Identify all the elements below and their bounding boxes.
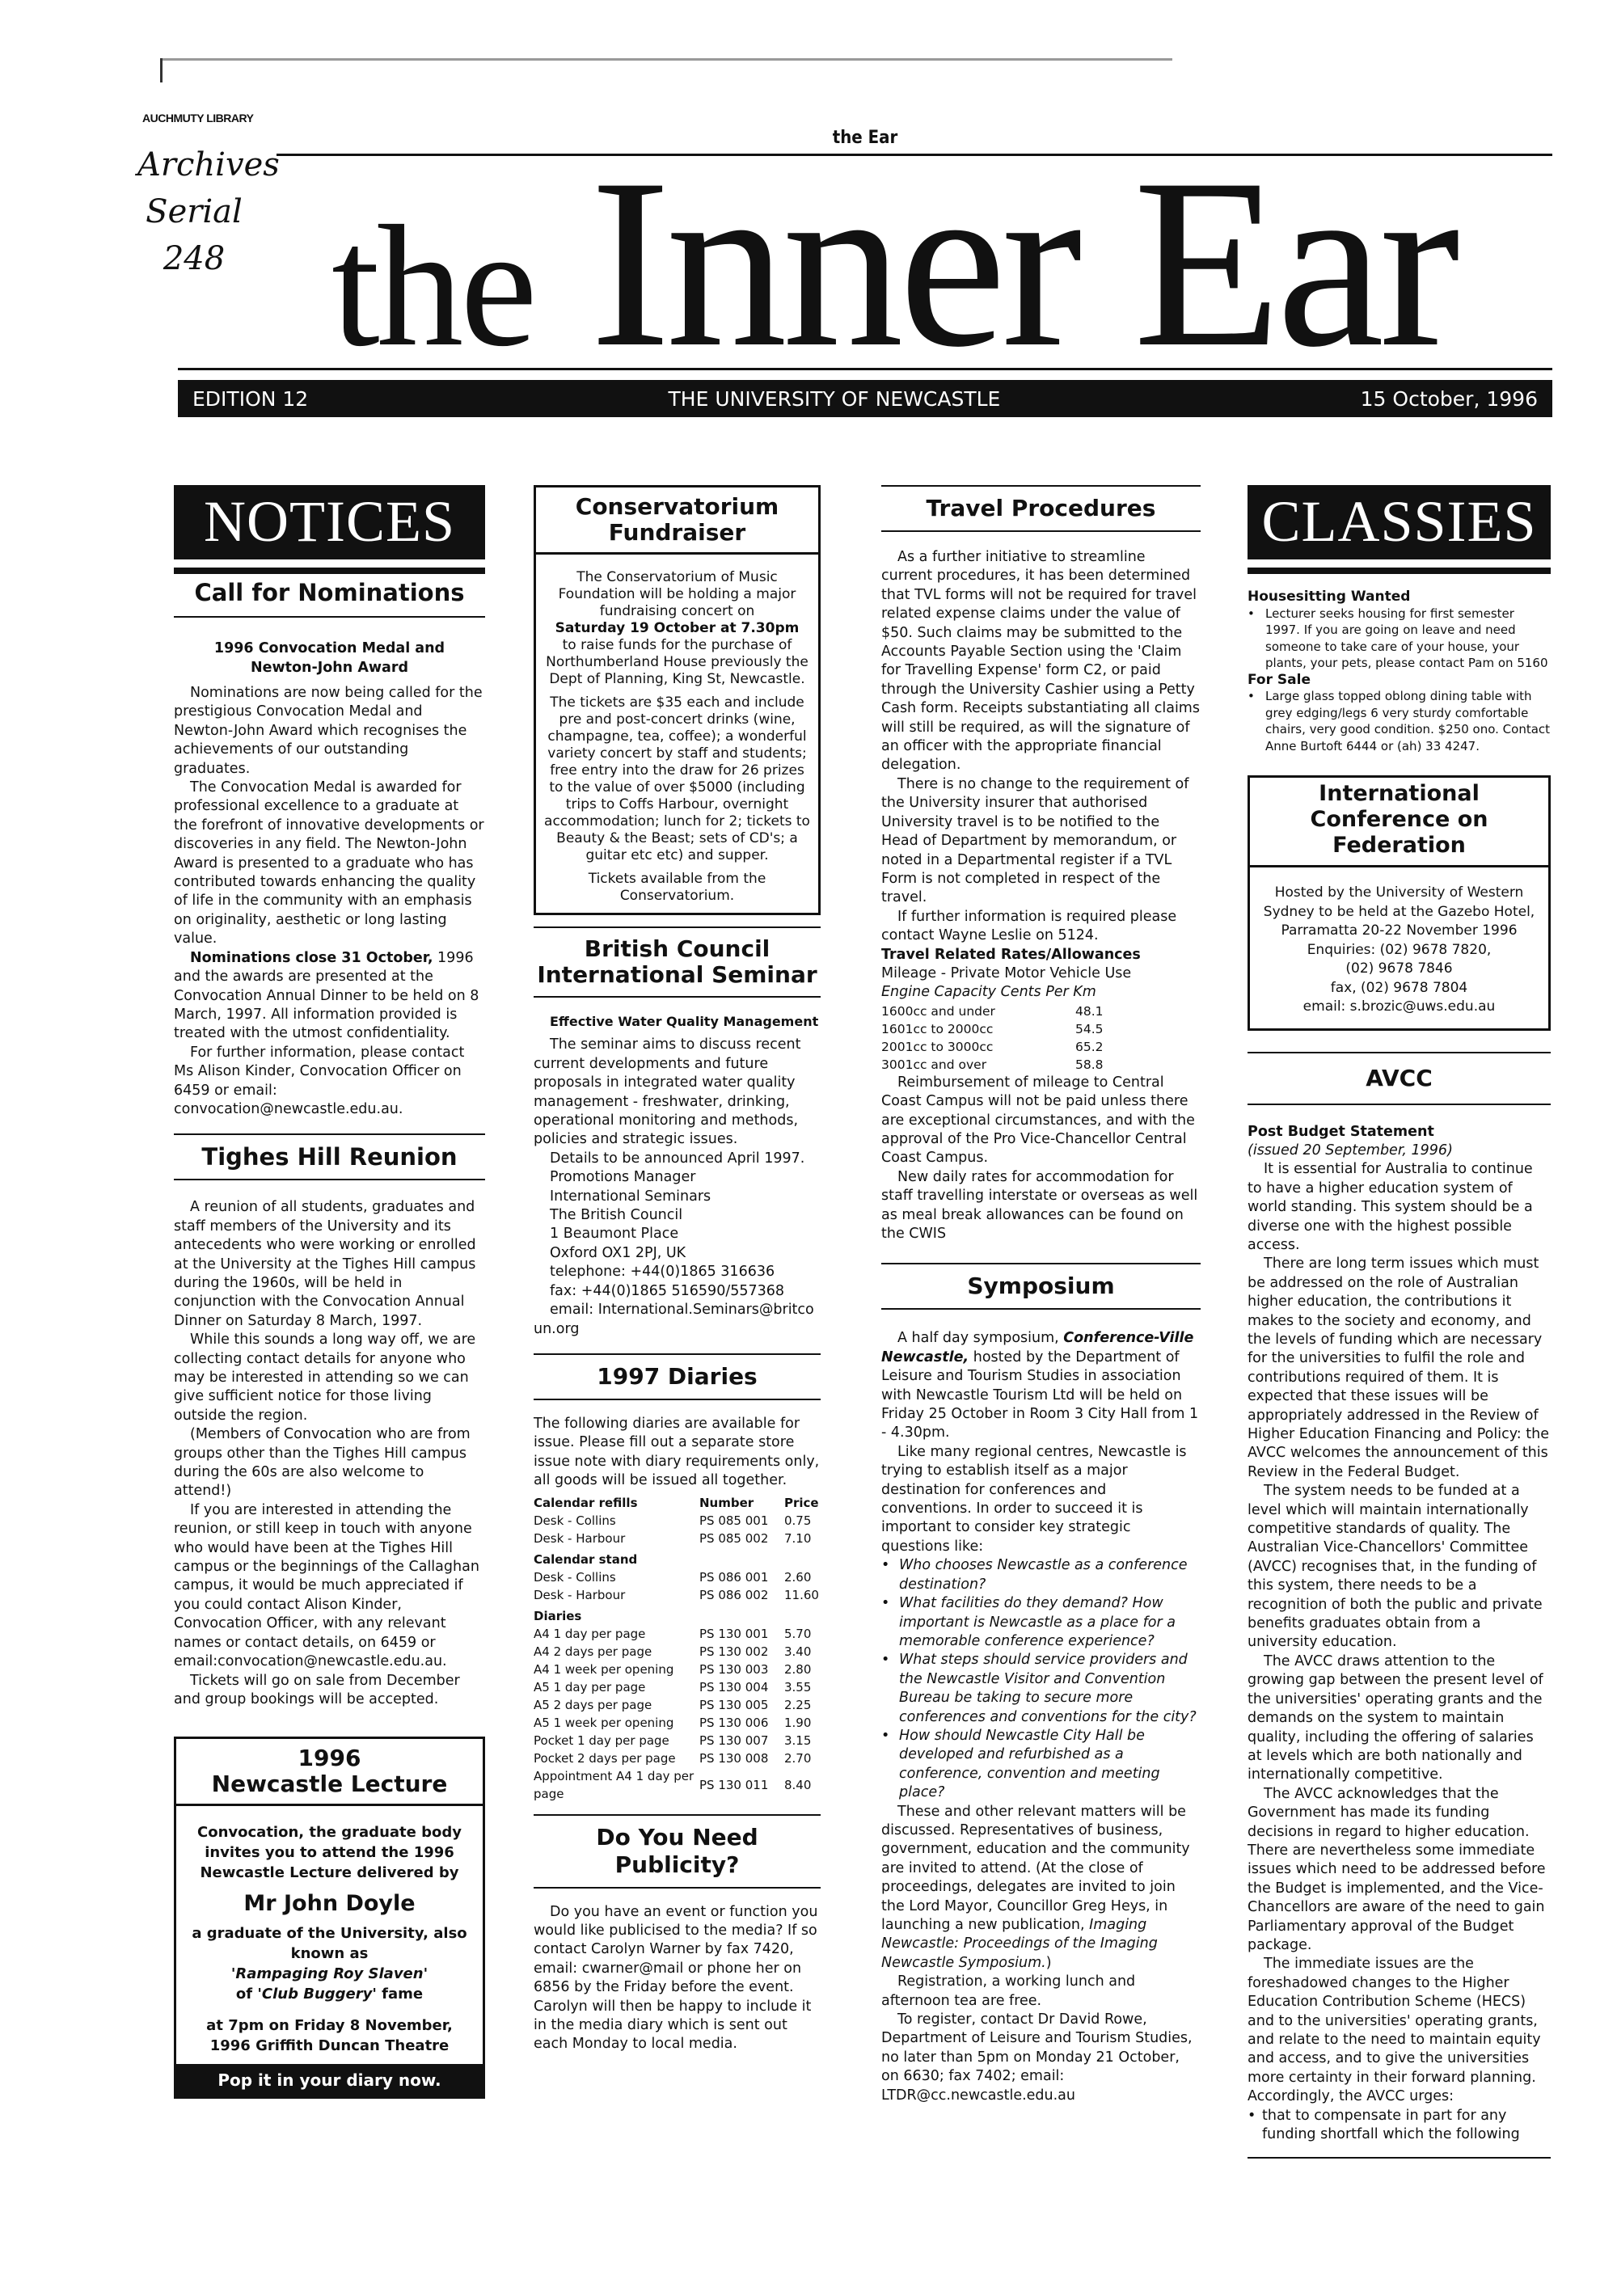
scan-edge-line [162, 58, 1172, 61]
edition-number: EDITION 12 [192, 387, 308, 411]
table-row: 2001cc to 3000cc65.2 [881, 1038, 1201, 1056]
address-line: Details to be announced April 1997. [534, 1150, 821, 1168]
engine-capacity: 1601cc to 2000cc [881, 1020, 1075, 1038]
bullet-icon: • [881, 1594, 899, 1651]
question-item: •What facilities do they demand? How imp… [881, 1594, 1201, 1651]
federation-box: International Conference on Federation H… [1248, 775, 1551, 1031]
item-name: Desk - Harbour [534, 1586, 699, 1604]
avcc-urges: Accordingly, the AVCC urges: [1248, 2087, 1551, 2106]
lecture-speaker: Mr John Doyle [184, 1888, 475, 1920]
lecture-title-name: Newcastle Lecture [179, 1771, 479, 1797]
table-row: Pocket 1 day per pagePS 130 0073.15 [534, 1732, 821, 1749]
question-text: Who chooses Newcastle as a conference de… [899, 1556, 1201, 1594]
federation-line: (02) 9678 7846 [1260, 960, 1539, 979]
lecture-box: 1996 Newcastle Lecture Convocation, the … [174, 1737, 485, 2099]
group-name: Diaries [534, 1604, 821, 1625]
item-name: Pocket 1 day per page [534, 1732, 699, 1749]
handwritten-line: Archives [137, 141, 251, 188]
item-name: A4 2 days per page [534, 1643, 699, 1661]
article-paragraph: As a further initiative to streamline cu… [881, 548, 1201, 775]
item-number: PS 130 005 [699, 1696, 784, 1714]
cents-per-km: 58.8 [1075, 1056, 1201, 1074]
header-rule-bottom [178, 368, 1552, 370]
engine-capacity: 2001cc to 3000cc [881, 1038, 1075, 1056]
article-paragraph: The AVCC draws attention to the growing … [1248, 1652, 1551, 1785]
article-paragraph: A reunion of all students, graduates and… [174, 1198, 485, 1331]
question-item: •What steps should service providers and… [881, 1651, 1201, 1727]
question-text: How should Newcastle City Hall be develo… [899, 1727, 1201, 1803]
bullet-icon: • [881, 1651, 899, 1727]
table-row: 1600cc and under48.1 [881, 1002, 1201, 1020]
lecture-desc: a graduate of the University, also known… [184, 1923, 475, 1964]
table-row: Desk - CollinsPS 086 0012.60 [534, 1568, 821, 1586]
article-paragraph: (Members of Convocation who are from gro… [174, 1425, 485, 1501]
cents-per-km: 65.2 [1075, 1038, 1201, 1056]
group-name: Calendar stand [534, 1547, 821, 1568]
article-paragraph: If you are interested in attending the r… [174, 1501, 485, 1672]
article-paragraph: Nominations close 31 October, 1996 and t… [174, 949, 485, 1044]
column-end-rule [1248, 2157, 1551, 2159]
item-price: 0.75 [784, 1512, 821, 1530]
article-paragraph: There is no change to the requirement of… [881, 775, 1201, 908]
table-row: A4 1 week per openingPS 130 0032.80 [534, 1661, 821, 1678]
bullet-icon: • [881, 1556, 899, 1594]
mileage-rates-table: 1600cc and under48.1 1601cc to 2000cc54.… [881, 1002, 1201, 1074]
table-group-row: Calendar stand [534, 1547, 821, 1568]
avcc-issued-date: (issued 20 September, 1996) [1248, 1142, 1551, 1160]
item-price: 2.60 [784, 1568, 821, 1586]
lecture-body: Convocation, the graduate body invites y… [176, 1806, 483, 2064]
table-header-row: Calendar refills Number Price [534, 1491, 821, 1512]
engine-capacity: 1600cc and under [881, 1002, 1075, 1020]
table-row: Appointment A4 1 day per pagePS 130 0118… [534, 1767, 821, 1803]
section-title-avcc: AVCC [1248, 1053, 1551, 1104]
federation-line: Hosted by the University of Western Sydn… [1260, 884, 1539, 941]
article-paragraph: New daily rates for accommodation for st… [881, 1168, 1201, 1244]
item-number: PS 130 008 [699, 1749, 784, 1767]
conservatorium-title: Conservatorium Fundraiser [536, 487, 818, 555]
item-name: A4 1 week per opening [534, 1661, 699, 1678]
item-number: PS 130 011 [699, 1767, 784, 1803]
table-row: Desk - HarbourPS 085 0027.10 [534, 1530, 821, 1547]
lecture-alias: 'Rampaging Roy Slaven' [184, 1964, 475, 1984]
item-name: A5 1 week per opening [534, 1714, 699, 1732]
section-title-diaries: 1997 Diaries [534, 1355, 821, 1399]
rates-heading: Travel Related Rates/Allowances [881, 946, 1201, 964]
text: fame [377, 1986, 423, 2003]
article-paragraph: While this sounds a long way off, we are… [174, 1331, 485, 1425]
article-paragraph: Do you have an event or function you wou… [534, 1903, 821, 2054]
nominations-subtitle: Newton-John Award [174, 658, 485, 677]
conservatorium-p2: The tickets are $35 each and include pre… [544, 694, 810, 864]
lecture-intro: Convocation, the graduate body invites y… [184, 1822, 475, 1883]
address-line: fax: +44(0)1865 516590/557368 [534, 1282, 821, 1301]
item-price: 5.70 [784, 1625, 821, 1643]
col-header-price: Price [784, 1491, 821, 1512]
contact-address: Details to be announced April 1997. Prom… [534, 1150, 821, 1339]
classies-banner: CLASSIES [1248, 485, 1551, 559]
address-line: Oxford OX1 2PJ, UK [534, 1244, 821, 1263]
masthead-the: the [331, 189, 534, 382]
edition-bar: EDITION 12 THE UNIVERSITY OF NEWCASTLE 1… [178, 380, 1552, 417]
column-travel-symposium: Travel Procedures As a further initiativ… [881, 485, 1201, 2105]
article-paragraph: A half day symposium, Conference-Ville N… [881, 1329, 1201, 1442]
handwritten-line: Serial [137, 188, 251, 235]
address-line: 1 Beaumont Place [534, 1225, 821, 1243]
question-text: What facilities do they demand? How impo… [899, 1594, 1201, 1651]
article-paragraph: Reimbursement of mileage to Central Coas… [881, 1074, 1201, 1168]
issue-date: 15 October, 1996 [1361, 387, 1538, 411]
item-number: PS 085 001 [699, 1512, 784, 1530]
text: A half day symposium, [897, 1330, 1063, 1346]
bullet-icon: • [1248, 688, 1265, 754]
article-paragraph: It is essential for Australia to continu… [1248, 1160, 1551, 1255]
article-paragraph: If further information is required pleas… [881, 908, 1201, 946]
text: These and other relevant matters will be… [881, 1804, 1190, 1933]
item-name: A4 1 day per page [534, 1625, 699, 1643]
table-row: A4 2 days per pagePS 130 0023.40 [534, 1643, 821, 1661]
table-row: Desk - CollinsPS 085 0010.75 [534, 1512, 821, 1530]
article-paragraph: Nominations are now being called for the… [174, 684, 485, 779]
federation-line: fax, (02) 9678 7804 [1260, 979, 1539, 998]
article-paragraph: The system needs to be funded at a level… [1248, 1482, 1551, 1652]
item-name: Desk - Collins [534, 1512, 699, 1530]
item-price: 2.70 [784, 1749, 821, 1767]
item-number: PS 130 002 [699, 1643, 784, 1661]
item-name: Appointment A4 1 day per page [534, 1767, 699, 1803]
article-paragraph: Registration, a working lunch and aftern… [881, 1973, 1201, 2011]
item-number: PS 086 001 [699, 1568, 784, 1586]
lecture-when: at 7pm on Friday 8 November, 1996 Griffi… [184, 2015, 475, 2056]
table-row: 1601cc to 2000cc54.5 [881, 1020, 1201, 1038]
item-price: 8.40 [784, 1767, 821, 1803]
federation-line: Enquiries: (02) 9678 7820, [1260, 941, 1539, 960]
item-price: 1.90 [784, 1714, 821, 1732]
address-line: email: International.Seminars@britcoun.o… [534, 1301, 821, 1339]
question-item: •Who chooses Newcastle as a conference d… [881, 1556, 1201, 1594]
article-paragraph: To register, contact Dr David Rowe, Depa… [881, 2011, 1201, 2105]
table-row: 3001cc and over58.8 [881, 1056, 1201, 1074]
question-item: •How should Newcastle City Hall be devel… [881, 1727, 1201, 1803]
lecture-title-year: 1996 [179, 1745, 479, 1771]
classified-heading: For Sale [1248, 672, 1551, 689]
address-line: The British Council [534, 1206, 821, 1225]
item-name: A5 1 day per page [534, 1678, 699, 1696]
classified-text: Lecturer seeks housing for first semeste… [1265, 606, 1551, 672]
seminar-subtitle: Effective Water Quality Management [534, 1012, 821, 1031]
handwritten-line: 248 [137, 235, 251, 282]
item-number: PS 085 002 [699, 1530, 784, 1547]
item-name: Desk - Harbour [534, 1530, 699, 1547]
conservatorium-p1: The Conservatorium of Music Foundation w… [544, 569, 810, 620]
table-row: A5 1 week per openingPS 130 0061.90 [534, 1714, 821, 1732]
address-line: telephone: +44(0)1865 316636 [534, 1263, 821, 1281]
item-number: PS 130 001 [699, 1625, 784, 1643]
classifieds-list: Housesitting Wanted •Lecturer seeks hous… [1248, 589, 1551, 754]
article-paragraph: These and other relevant matters will be… [881, 1803, 1201, 1973]
column-classies: CLASSIES Housesitting Wanted •Lecturer s… [1248, 485, 1551, 2159]
question-text: What steps should service providers and … [899, 1651, 1201, 1727]
text: ) [1046, 1955, 1052, 1971]
classified-item: •Lecturer seeks housing for first semest… [1248, 606, 1551, 672]
lecture-footer: Pop it in your diary now. [176, 2064, 483, 2096]
article-paragraph: The Convocation Medal is awarded for pro… [174, 779, 485, 949]
article-paragraph: For further information, please contact … [174, 1044, 485, 1120]
show-name: 'Club Buggery' [257, 1986, 377, 2003]
item-price: 11.60 [784, 1586, 821, 1604]
bullet-icon: • [1248, 606, 1265, 672]
bullet-icon: • [1248, 2107, 1262, 2145]
column-events: Conservatorium Fundraiser The Conservato… [534, 485, 821, 2054]
diaries-table: Calendar refills Number Price Desk - Col… [534, 1491, 821, 1803]
conservatorium-body: The Conservatorium of Music Foundation w… [536, 555, 818, 913]
banner-rule [174, 568, 485, 574]
rates-table-header: Engine Capacity Cents Per Km [881, 983, 1201, 1002]
library-stamp: AUCHMUTY LIBRARY [142, 112, 253, 125]
article-paragraph: The immediate issues are the foreshadowe… [1248, 1955, 1551, 2087]
item-price: 3.40 [784, 1643, 821, 1661]
item-number: PS 130 004 [699, 1678, 784, 1696]
table-row: Desk - HarbourPS 086 00211.60 [534, 1586, 821, 1604]
item-price: 2.80 [784, 1661, 821, 1678]
classified-text: Large glass topped oblong dining table w… [1265, 688, 1551, 754]
handwritten-notes: Archives Serial 248 [137, 141, 251, 282]
address-line: International Seminars [534, 1188, 821, 1206]
table-row: Pocket 2 days per pagePS 130 0082.70 [534, 1749, 821, 1767]
scan-corner-mark [160, 58, 163, 82]
article-paragraph: Like many regional centres, Newcastle is… [881, 1443, 1201, 1556]
col-header-number: Number [699, 1491, 784, 1512]
section-title-symposium: Symposium [881, 1264, 1201, 1308]
item-number: PS 130 003 [699, 1661, 784, 1678]
article-paragraph: There are long term issues which must be… [1248, 1255, 1551, 1482]
concert-datetime: Saturday 19 October at 7.30pm [544, 620, 810, 637]
item-price: 7.10 [784, 1530, 821, 1547]
deadline-text: Nominations close 31 October, [190, 950, 433, 966]
section-title-tighes: Tighes Hill Reunion [174, 1135, 485, 1179]
item-number: PS 130 007 [699, 1732, 784, 1749]
engine-capacity: 3001cc and over [881, 1056, 1075, 1074]
article-paragraph: Tickets will go on sale from December an… [174, 1672, 485, 1710]
federation-title: International Conference on Federation [1250, 778, 1548, 867]
classified-item: •Large glass topped oblong dining table … [1248, 688, 1551, 754]
item-price: 3.55 [784, 1678, 821, 1696]
item-price: 2.25 [784, 1696, 821, 1714]
bullet-icon: • [881, 1727, 899, 1803]
text: of [236, 1986, 257, 2003]
item-price: 3.15 [784, 1732, 821, 1749]
bullet-text: that to compensate in part for any fundi… [1262, 2107, 1551, 2145]
conservatorium-p1-rest: to raise funds for the purchase of North… [544, 637, 810, 688]
col-header-item: Calendar refills [534, 1491, 699, 1512]
section-title-british-council: British Council International Seminar [534, 928, 821, 996]
section-title-nominations: Call for Nominations [174, 574, 485, 616]
item-name: A5 2 days per page [534, 1696, 699, 1714]
institution-name: THE UNIVERSITY OF NEWCASTLE [669, 387, 1001, 411]
item-number: PS 130 006 [699, 1714, 784, 1732]
avcc-subhead: Post Budget Statement [1248, 1123, 1551, 1142]
table-group-row: Diaries [534, 1604, 821, 1625]
diaries-intro: The following diaries are available for … [534, 1415, 821, 1491]
notices-banner: NOTICES [174, 485, 485, 559]
conservatorium-box: Conservatorium Fundraiser The Conservato… [534, 485, 821, 915]
section-title-travel: Travel Procedures [881, 487, 1201, 530]
lecture-show: of 'Club Buggery' fame [184, 1984, 475, 2004]
nominations-subtitle: 1996 Convocation Medal and [174, 639, 485, 658]
masthead-title: Inner Ear [590, 129, 1455, 397]
lecture-title: 1996 Newcastle Lecture [176, 1739, 483, 1806]
conservatorium-p3: Tickets available from the Conservatoriu… [544, 871, 810, 905]
item-name: Pocket 2 days per page [534, 1749, 699, 1767]
column-notices: NOTICES Call for Nominations 1996 Convoc… [174, 485, 485, 2099]
section-title-publicity: Do You Need Publicity? [534, 1816, 821, 1887]
mileage-line: Mileage - Private Motor Vehicle Use [881, 964, 1201, 983]
address-line: Promotions Manager [534, 1168, 821, 1187]
article-paragraph: The AVCC acknowledges that the Governmen… [1248, 1785, 1551, 1956]
table-row: A5 1 day per pagePS 130 0043.55 [534, 1678, 821, 1696]
item-number: PS 086 002 [699, 1586, 784, 1604]
avcc-bullet: •that to compensate in part for any fund… [1248, 2107, 1551, 2145]
federation-body: Hosted by the University of Western Sydn… [1250, 867, 1548, 1028]
item-name: Desk - Collins [534, 1568, 699, 1586]
table-row: A4 1 day per pagePS 130 0015.70 [534, 1625, 821, 1643]
table-row: A5 2 days per pagePS 130 0052.25 [534, 1696, 821, 1714]
cents-per-km: 48.1 [1075, 1002, 1201, 1020]
classified-heading: Housesitting Wanted [1248, 589, 1551, 606]
federation-line: email: s.brozic@uws.edu.au [1260, 998, 1539, 1017]
cents-per-km: 54.5 [1075, 1020, 1201, 1038]
article-paragraph: The seminar aims to discuss recent curre… [534, 1036, 821, 1149]
banner-rule [1248, 568, 1551, 574]
